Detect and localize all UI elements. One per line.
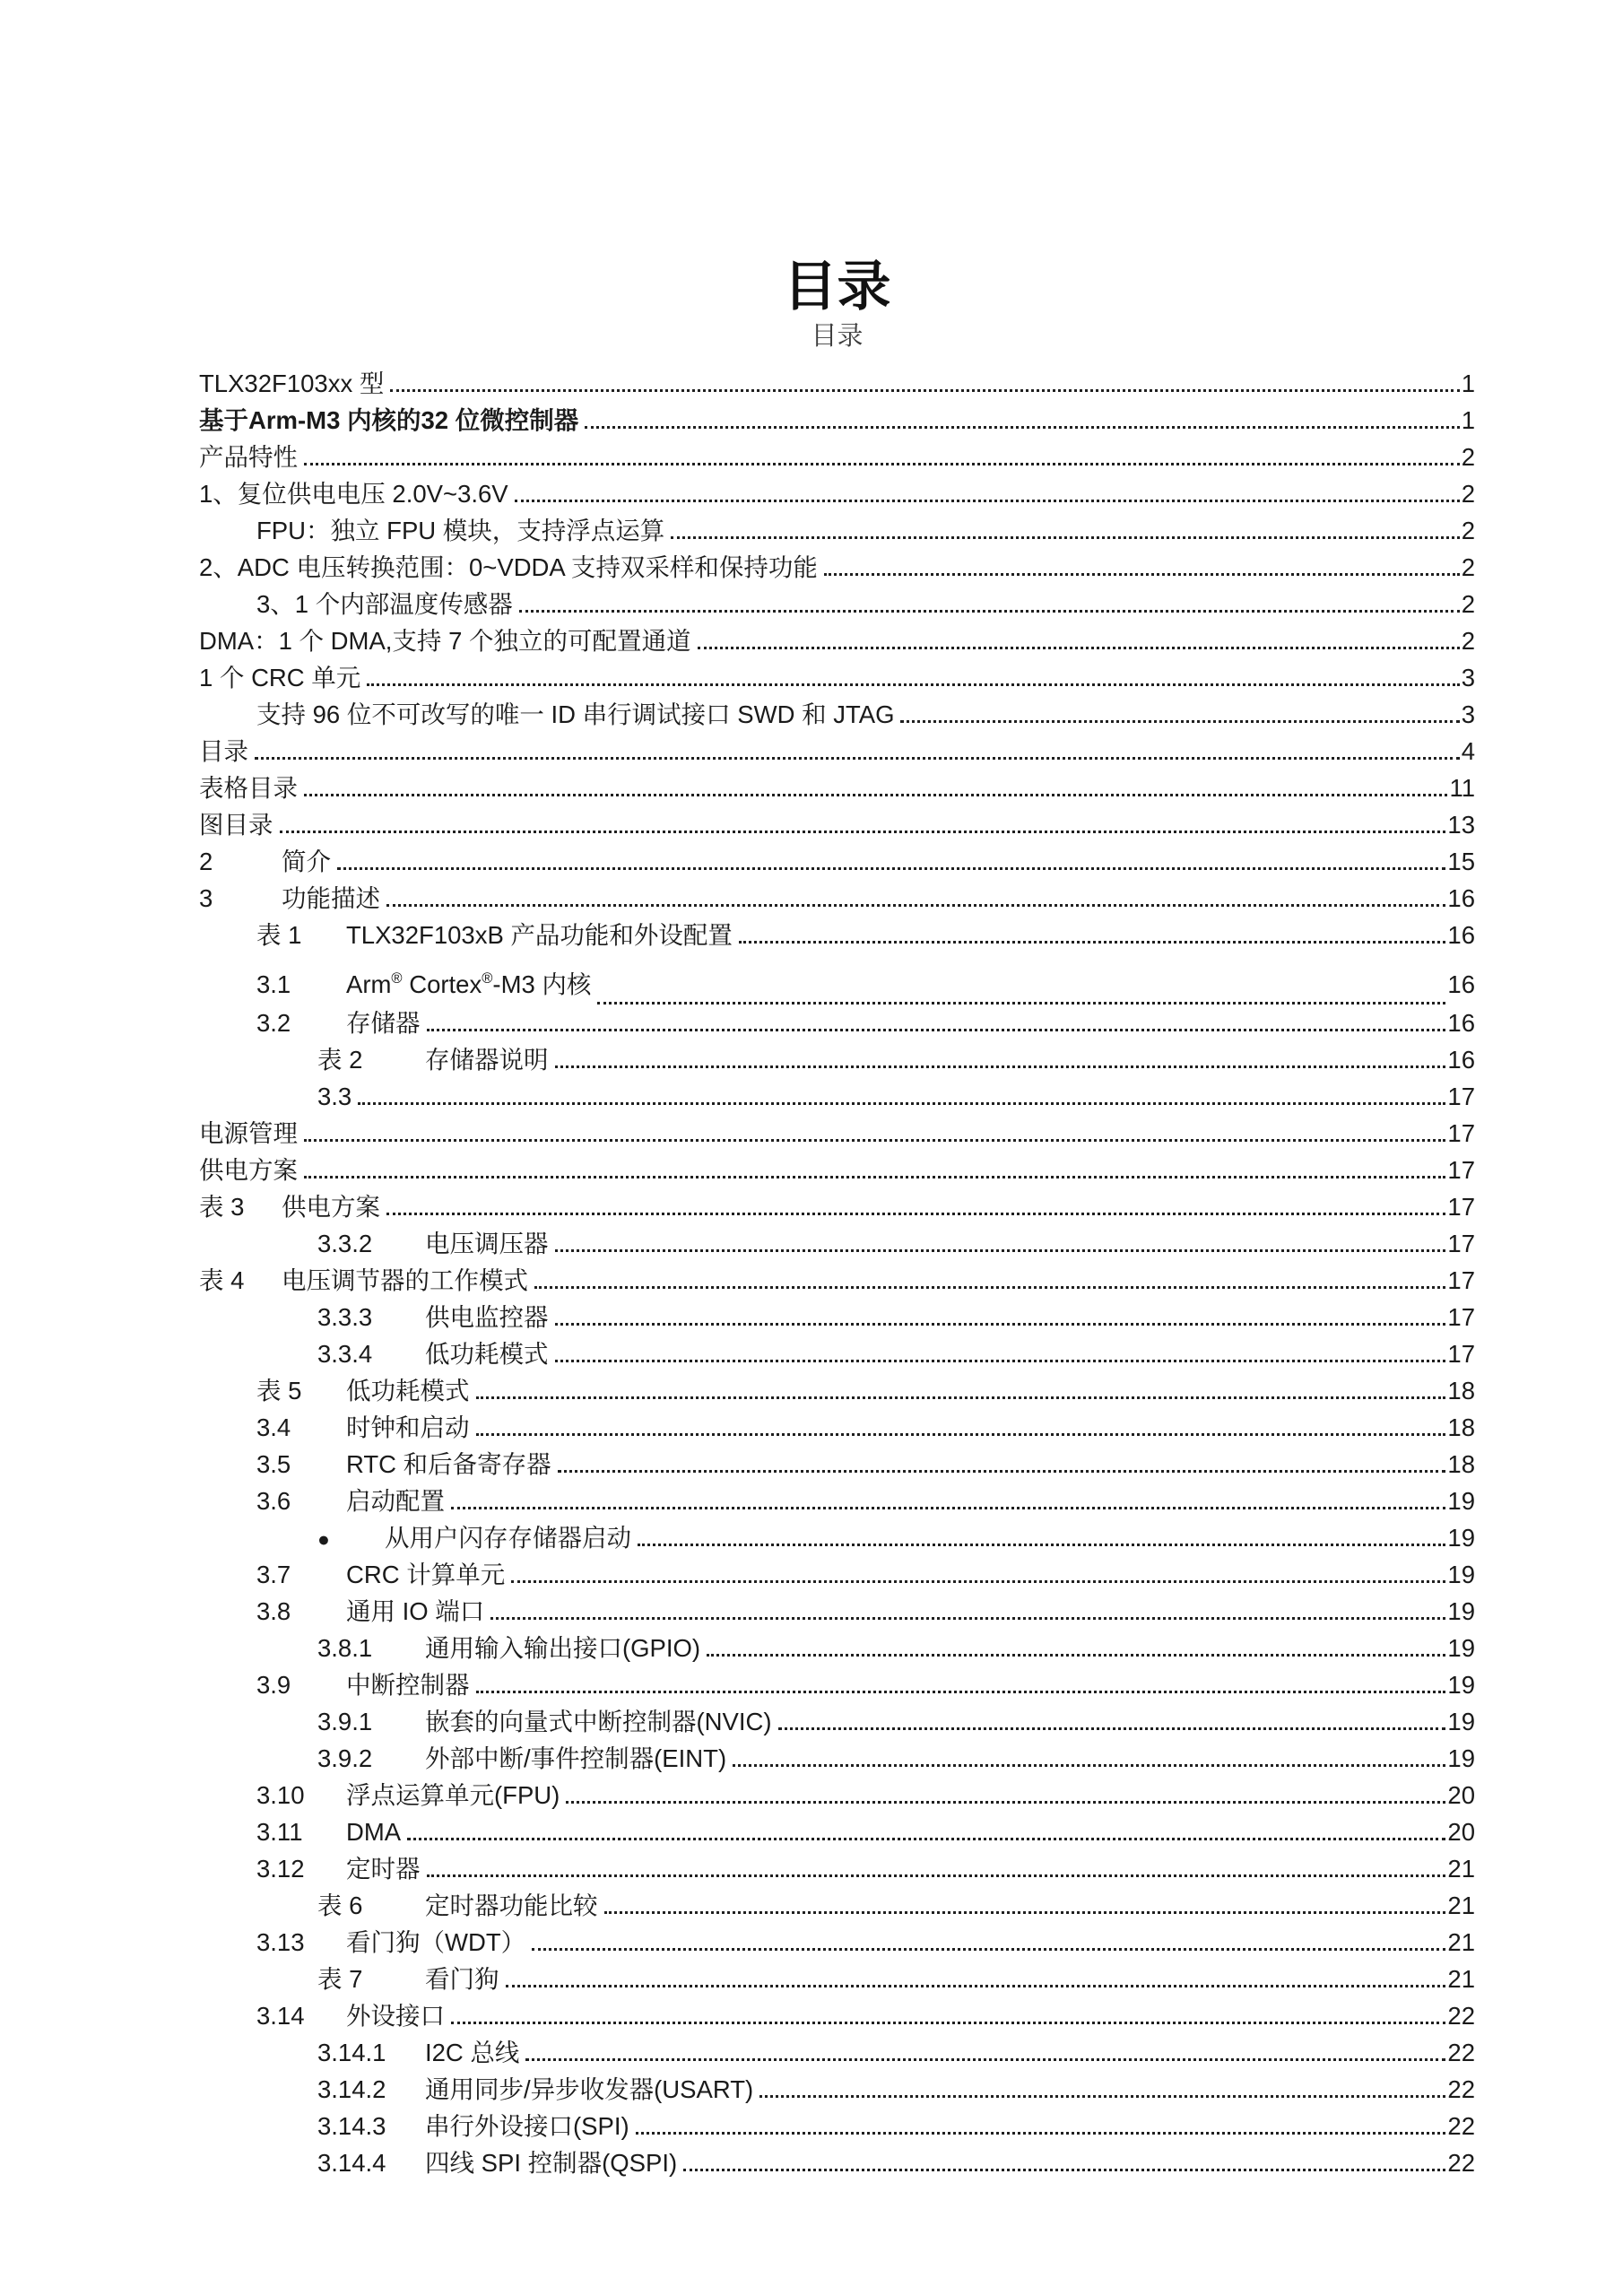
entry-page-number: 2	[1462, 512, 1475, 549]
dot-leader	[506, 1985, 1446, 1987]
dot-leader	[525, 2058, 1445, 2061]
entry-page-number: 19	[1447, 1740, 1475, 1777]
entry-title: 通用 IO 端口	[346, 1593, 484, 1630]
entry-page-number: 19	[1447, 1630, 1475, 1666]
toc-entry[interactable]: 表 4电压调节器的工作模式17	[199, 1262, 1475, 1299]
toc-entry[interactable]: 3.14.1I2C 总线22	[317, 2034, 1475, 2071]
dot-leader	[519, 610, 1460, 613]
entry-number: 表 2	[317, 1041, 425, 1078]
entry-number: 3.7	[256, 1556, 346, 1593]
entry-page-number: 15	[1447, 843, 1475, 880]
entry-page-number: 4	[1462, 733, 1475, 770]
entry-page-number: 22	[1447, 2034, 1475, 2071]
entry-number: 3.14.3	[317, 2108, 425, 2144]
toc-entry[interactable]: 表 7看门狗21	[317, 1961, 1475, 1997]
entry-number: 表 4	[199, 1262, 282, 1299]
entry-title: 启动配置	[346, 1483, 445, 1519]
toc-entry[interactable]: DMA：1 个 DMA,支持 7 个独立的可配置通道2	[199, 622, 1475, 659]
entry-page-number: 22	[1447, 2108, 1475, 2144]
dot-leader	[698, 647, 1460, 649]
toc-entry[interactable]: 3.14.3串行外设接口(SPI)22	[317, 2108, 1475, 2144]
dot-leader	[358, 1102, 1445, 1105]
entry-page-number: 2	[1462, 475, 1475, 512]
entry-title: 电源管理	[199, 1115, 298, 1152]
toc-entry[interactable]: 支持 96 位不可改写的唯一 ID 串行调试接口 SWD 和 JTAG3	[256, 696, 1475, 733]
toc-entry[interactable]: 3.6启动配置19	[256, 1483, 1475, 1519]
entry-page-number: 1	[1462, 402, 1475, 439]
entry-page-number: 3	[1462, 696, 1475, 733]
toc-entry[interactable]: 3.317	[317, 1078, 1475, 1115]
entry-page-number: 16	[1447, 1004, 1475, 1041]
entry-number: 表 7	[317, 1961, 425, 1997]
entry-title: 支持 96 位不可改写的唯一 ID 串行调试接口 SWD 和 JTAG	[256, 696, 894, 733]
dot-leader	[390, 389, 1459, 392]
entry-page-number: 16	[1447, 1041, 1475, 1078]
toc-entry[interactable]: 3.7CRC 计算单元19	[256, 1556, 1475, 1593]
toc-entry[interactable]: 3.14.2通用同步/异步收发器(USART)22	[317, 2071, 1475, 2108]
entry-title: TLX32F103xB 产品功能和外设配置	[346, 917, 733, 953]
dot-leader	[638, 1544, 1445, 1546]
entry-number: 3.8.1	[317, 1630, 425, 1666]
toc-entry[interactable]: FPU：独立 FPU 模块，支持浮点运算2	[256, 512, 1475, 549]
toc-entry[interactable]: 表 5低功耗模式18	[256, 1372, 1475, 1409]
entry-number: 3.14	[256, 1997, 346, 2034]
toc-entry[interactable]: 3.3.4低功耗模式17	[317, 1335, 1475, 1372]
entry-title: 图目录	[199, 806, 273, 843]
entry-page-number: 20	[1447, 1813, 1475, 1850]
entry-title: 定时器	[346, 1850, 421, 1887]
entry-title: 电压调压器	[425, 1225, 549, 1262]
entry-title: 四线 SPI 控制器(QSPI)	[425, 2144, 677, 2181]
entry-title: 存储器说明	[425, 1041, 549, 1078]
toc-entry[interactable]: 3.11DMA20	[256, 1813, 1475, 1850]
toc-entry[interactable]: 3.8通用 IO 端口19	[256, 1593, 1475, 1630]
dot-leader	[427, 1029, 1446, 1031]
dot-leader	[337, 867, 1445, 870]
entry-title: 3、1 个内部温度传感器	[256, 586, 513, 622]
entry-number: 3.2	[256, 1004, 346, 1041]
page-title: 目录	[199, 258, 1475, 316]
entry-number: 3.9.1	[317, 1703, 425, 1740]
dot-leader	[255, 757, 1460, 760]
entry-title: 表格目录	[199, 770, 298, 806]
entry-page-number: 21	[1447, 1887, 1475, 1924]
dot-leader	[304, 794, 1447, 796]
toc-entry[interactable]: 3功能描述16	[199, 880, 1475, 917]
entry-title: DMA：1 个 DMA,支持 7 个独立的可配置通道	[199, 622, 691, 659]
entry-number: 3.10	[256, 1777, 346, 1813]
entry-title: 时钟和启动	[346, 1409, 470, 1446]
entry-page-number: 16	[1447, 917, 1475, 953]
entry-page-number: 18	[1447, 1446, 1475, 1483]
entry-page-number: 19	[1447, 1483, 1475, 1519]
dot-leader	[532, 1948, 1445, 1951]
entry-page-number: 19	[1447, 1593, 1475, 1630]
dot-leader	[427, 1874, 1446, 1877]
dot-leader	[511, 1580, 1445, 1583]
dot-leader	[759, 2095, 1445, 2098]
entry-title: 中断控制器	[346, 1666, 470, 1703]
toc-entry[interactable]: 3.1Arm® Cortex®-M3 内核16	[256, 953, 1475, 1004]
toc-entry[interactable]: 表格目录11	[199, 770, 1475, 806]
entry-page-number: 2	[1462, 439, 1475, 475]
dot-leader	[707, 1654, 1445, 1657]
entry-number: 3.14.1	[317, 2034, 425, 2071]
toc-entry[interactable]: 表 6定时器功能比较21	[317, 1887, 1475, 1924]
entry-number: 3.1	[256, 965, 346, 1004]
entry-page-number: 21	[1447, 1924, 1475, 1961]
entry-page-number: 17	[1447, 1262, 1475, 1299]
toc-entry[interactable]: 电源管理17	[199, 1115, 1475, 1152]
dot-leader	[604, 1911, 1446, 1914]
toc-entry[interactable]: 3.13看门狗（WDT）21	[256, 1924, 1475, 1961]
entry-title: 1、复位供电电压 2.0V~3.6V	[199, 475, 508, 512]
dot-leader	[671, 536, 1459, 539]
entry-page-number: 11	[1449, 770, 1475, 806]
entry-title: 低功耗模式	[346, 1372, 470, 1409]
entry-page-number: 17	[1447, 1188, 1475, 1225]
entry-number: 3	[199, 880, 282, 917]
toc-entry[interactable]: 1 个 CRC 单元3	[199, 659, 1475, 696]
entry-page-number: 18	[1447, 1409, 1475, 1446]
dot-leader	[585, 426, 1459, 429]
dot-leader	[900, 720, 1459, 723]
entry-title: 3.3	[317, 1078, 352, 1115]
entry-page-number: 19	[1447, 1666, 1475, 1703]
entry-number: 3.9	[256, 1666, 346, 1703]
entry-number: 3.13	[256, 1924, 346, 1961]
entry-title: 目录	[199, 733, 248, 770]
entry-page-number: 2	[1462, 586, 1475, 622]
entry-title: 外部中断/事件控制器(EINT)	[425, 1740, 726, 1777]
entry-title: 供电方案	[199, 1152, 298, 1188]
entry-title: 看门狗（WDT）	[346, 1924, 525, 1961]
toc-entry[interactable]: 2简介15	[199, 843, 1475, 880]
entry-number: 3.11	[256, 1813, 346, 1850]
entry-page-number: 17	[1447, 1299, 1475, 1335]
entry-page-number: 17	[1447, 1078, 1475, 1115]
toc-entry[interactable]: 2、ADC 电压转换范围：0~VDDA 支持双采样和保持功能2	[199, 549, 1475, 586]
dot-leader	[367, 683, 1459, 686]
toc-entry[interactable]: 表 2存储器说明16	[317, 1041, 1475, 1078]
entry-number: 3.6	[256, 1483, 346, 1519]
dot-leader	[558, 1470, 1446, 1473]
entry-title: 简介	[282, 843, 331, 880]
entry-page-number: 17	[1447, 1225, 1475, 1262]
entry-title: Arm® Cortex®-M3 内核	[346, 965, 591, 1004]
entry-bullet-icon: ●	[317, 1521, 385, 1558]
toc-entry[interactable]: 表 1TLX32F103xB 产品功能和外设配置16	[256, 917, 1475, 953]
entry-title: 浮点运算单元(FPU)	[346, 1777, 560, 1813]
toc-list: TLX32F103xx 型1基于Arm-M3 内核的32 位微控制器1产品特性2…	[199, 365, 1475, 2181]
toc-entry[interactable]: 3.9.1嵌套的向量式中断控制器(NVIC)19	[317, 1703, 1475, 1740]
entry-number: 3.3.3	[317, 1299, 425, 1335]
dot-leader	[386, 904, 1445, 907]
dot-leader	[597, 1002, 1445, 1004]
entry-title: I2C 总线	[425, 2034, 519, 2071]
entry-title: 低功耗模式	[425, 1335, 549, 1372]
toc-entry[interactable]: 供电方案17	[199, 1152, 1475, 1188]
toc-entry[interactable]: 3.4时钟和启动18	[256, 1409, 1475, 1446]
dot-leader	[566, 1801, 1445, 1804]
toc-entry[interactable]: 3.3.2电压调压器17	[317, 1225, 1475, 1262]
toc-entry[interactable]: 基于Arm-M3 内核的32 位微控制器1	[199, 402, 1475, 439]
entry-number: 表 6	[317, 1887, 425, 1924]
toc-entry[interactable]: 1、复位供电电压 2.0V~3.6V2	[199, 475, 1475, 512]
entry-number: 3.9.2	[317, 1740, 425, 1777]
entry-title: 产品特性	[199, 439, 298, 475]
toc-entry[interactable]: 3.9.2外部中断/事件控制器(EINT)19	[317, 1740, 1475, 1777]
entry-page-number: 20	[1447, 1777, 1475, 1813]
entry-page-number: 2	[1462, 549, 1475, 586]
entry-title: 串行外设接口(SPI)	[425, 2108, 629, 2144]
entry-page-number: 19	[1447, 1556, 1475, 1593]
document-page: 目录 目录 TLX32F103xx 型1基于Arm-M3 内核的32 位微控制器…	[0, 0, 1623, 2296]
toc-entry[interactable]: 3.14.4四线 SPI 控制器(QSPI)22	[317, 2144, 1475, 2181]
dot-leader	[555, 1323, 1446, 1326]
entry-page-number: 13	[1447, 806, 1475, 843]
toc-entry[interactable]: 3.8.1通用输入输出接口(GPIO)19	[317, 1630, 1475, 1666]
dot-leader	[280, 831, 1446, 833]
dot-leader	[304, 1139, 1445, 1142]
entry-page-number: 16	[1447, 880, 1475, 917]
entry-title: 存储器	[346, 1004, 421, 1041]
toc-entry[interactable]: 表 3供电方案17	[199, 1188, 1475, 1225]
entry-page-number: 22	[1447, 1997, 1475, 2034]
entry-title: 从用户闪存存储器启动	[385, 1519, 631, 1556]
dot-leader	[451, 1507, 1445, 1509]
dot-leader	[534, 1286, 1445, 1289]
entry-page-number: 19	[1447, 1703, 1475, 1740]
entry-page-number: 21	[1447, 1850, 1475, 1887]
entry-number: 3.3.4	[317, 1335, 425, 1372]
dot-leader	[304, 1176, 1445, 1178]
entry-page-number: 17	[1447, 1152, 1475, 1188]
dot-leader	[739, 941, 1445, 944]
entry-page-number: 21	[1447, 1961, 1475, 1997]
dot-leader	[386, 1213, 1445, 1215]
dot-leader	[407, 1838, 1445, 1840]
entry-number: 表 3	[199, 1188, 282, 1225]
entry-title: CRC 计算单元	[346, 1556, 505, 1593]
content-column: 目录 目录 TLX32F103xx 型1基于Arm-M3 内核的32 位微控制器…	[199, 0, 1475, 2181]
entry-page-number: 2	[1462, 622, 1475, 659]
entry-title: 2、ADC 电压转换范围：0~VDDA 支持双采样和保持功能	[199, 549, 818, 586]
entry-page-number: 17	[1447, 1335, 1475, 1372]
toc-entry[interactable]: 目录4	[199, 733, 1475, 770]
entry-page-number: 17	[1447, 1115, 1475, 1152]
toc-entry[interactable]: 3.9中断控制器19	[256, 1666, 1475, 1703]
entry-page-number: 22	[1447, 2071, 1475, 2108]
entry-title: RTC 和后备寄存器	[346, 1446, 551, 1483]
dot-leader	[683, 2169, 1445, 2171]
toc-entry[interactable]: 3.12定时器21	[256, 1850, 1475, 1887]
entry-title: 通用输入输出接口(GPIO)	[425, 1630, 700, 1666]
entry-number: 3.12	[256, 1850, 346, 1887]
entry-title: 供电方案	[282, 1188, 380, 1225]
toc-entry[interactable]: 3.2存储器16	[256, 1004, 1475, 1041]
entry-number: 3.14.4	[317, 2144, 425, 2181]
toc-entry[interactable]: 3.3.3供电监控器17	[317, 1299, 1475, 1335]
entry-page-number: 16	[1447, 965, 1475, 1004]
dot-leader	[555, 1360, 1446, 1362]
entry-title: 1 个 CRC 单元	[199, 659, 360, 696]
entry-title: 供电监控器	[425, 1299, 549, 1335]
toc-entry[interactable]: ●从用户闪存存储器启动19	[317, 1519, 1475, 1556]
dot-leader	[515, 500, 1460, 502]
toc-entry[interactable]: TLX32F103xx 型1	[199, 365, 1475, 402]
entry-number: 3.14.2	[317, 2071, 425, 2108]
entry-title: 嵌套的向量式中断控制器(NVIC)	[425, 1703, 772, 1740]
dot-leader	[476, 1433, 1446, 1436]
dot-leader	[476, 1396, 1446, 1399]
dot-leader	[555, 1065, 1446, 1068]
toc-entry[interactable]: 3.10浮点运算单元(FPU)20	[256, 1777, 1475, 1813]
toc-entry[interactable]: 3.5RTC 和后备寄存器18	[256, 1446, 1475, 1483]
entry-title: 外设接口	[346, 1997, 445, 2034]
entry-page-number: 22	[1447, 2144, 1475, 2181]
toc-entry[interactable]: 产品特性2	[199, 439, 1475, 475]
toc-entry[interactable]: 3、1 个内部温度传感器2	[256, 586, 1475, 622]
entry-page-number: 19	[1447, 1519, 1475, 1556]
entry-title: 电压调节器的工作模式	[282, 1262, 528, 1299]
entry-number: 3.4	[256, 1409, 346, 1446]
entry-page-number: 1	[1462, 365, 1475, 402]
entry-title: 基于Arm-M3 内核的32 位微控制器	[199, 402, 578, 439]
entry-title: FPU：独立 FPU 模块，支持浮点运算	[256, 512, 664, 549]
dot-leader	[778, 1727, 1446, 1730]
entry-title: DMA	[346, 1813, 401, 1850]
dot-leader	[555, 1249, 1446, 1252]
entry-title: 通用同步/异步收发器(USART)	[425, 2071, 753, 2108]
entry-number: 表 1	[256, 917, 346, 953]
entry-title: TLX32F103xx 型	[199, 365, 384, 402]
toc-entry[interactable]: 图目录13	[199, 806, 1475, 843]
entry-title: 定时器功能比较	[425, 1887, 598, 1924]
entry-number: 2	[199, 843, 282, 880]
toc-entry[interactable]: 3.14外设接口22	[256, 1997, 1475, 2034]
entry-title: 看门狗	[425, 1961, 499, 1997]
dot-leader	[304, 463, 1460, 465]
dot-leader	[824, 573, 1460, 576]
dot-leader	[451, 2022, 1445, 2024]
dot-leader	[636, 2132, 1446, 2135]
entry-number: 表 5	[256, 1372, 346, 1409]
page-subtitle: 目录	[199, 323, 1475, 351]
entry-page-number: 18	[1447, 1372, 1475, 1409]
entry-number: 3.8	[256, 1593, 346, 1630]
entry-title: 功能描述	[282, 880, 380, 917]
dot-leader	[490, 1617, 1445, 1620]
entry-number: 3.5	[256, 1446, 346, 1483]
dot-leader	[476, 1691, 1446, 1693]
entry-number: 3.3.2	[317, 1225, 425, 1262]
dot-leader	[733, 1764, 1445, 1767]
entry-page-number: 3	[1462, 659, 1475, 696]
